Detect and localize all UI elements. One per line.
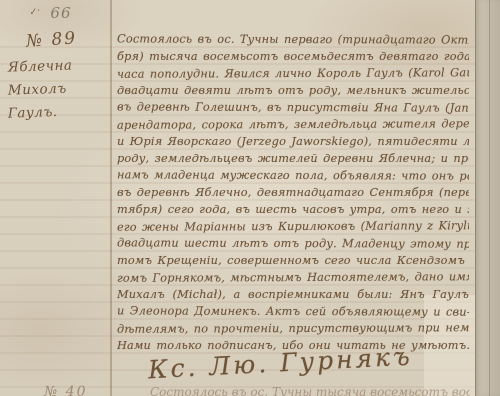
folio-header: ✓·66 bbox=[30, 4, 72, 22]
record-body: Состоялось въ ос. Тучны перваго (тринадц… bbox=[117, 31, 469, 354]
record-line: томъ Крещеніи, совершенномъ сего числа К… bbox=[117, 252, 469, 269]
record-line: въ деревнѣ Яблечно, девятнадцатаго Сентя… bbox=[117, 184, 469, 201]
folio-number: 66 bbox=[50, 4, 71, 22]
record-line: гомъ Горнякомъ, мѣстнымъ Настоятелемъ, д… bbox=[117, 268, 469, 287]
record-line: и Элеонора Доминекъ. Актъ сей объявляюще… bbox=[117, 302, 469, 320]
record-line: намъ младенца мужескаго пола, объявляя: … bbox=[117, 166, 469, 184]
record-line: Михалъ (Michał), а воспріемниками были: … bbox=[117, 286, 469, 303]
page-edge-strip bbox=[475, 0, 500, 396]
manuscript-page: ✓·66 № 89 ЯблечнаМихолъГаулъ. Состоялось… bbox=[0, 0, 500, 396]
record-line: дѣтелямъ, по прочтеніи, присутствующимъ … bbox=[117, 319, 469, 338]
next-record-text: Состоялось въ ос. Тучны тысяча восемьсот… bbox=[150, 385, 470, 396]
record-line: тября) сего года, въ шесть часовъ утра, … bbox=[117, 201, 469, 218]
margin-name-column: ЯблечнаМихолъГаулъ. bbox=[8, 58, 104, 127]
margin-name-line: Михолъ bbox=[8, 79, 105, 105]
record-line: Состоялось въ ос. Тучны перваго (тринадц… bbox=[117, 30, 469, 48]
record-line: роду, земледѣльцевъ жителей деревни Ябле… bbox=[117, 150, 469, 167]
margin-name-line: Гаулъ. bbox=[8, 102, 105, 128]
record-line: арендатора, сорока лѣтъ, земледѣльца жит… bbox=[117, 115, 469, 134]
record-line: часа пополудни. Явился лично Король Гаул… bbox=[117, 64, 469, 83]
record-line: бря) тысяча восемьсотъ восемьдесятъ девя… bbox=[117, 48, 469, 65]
margin-record-number: № 89 bbox=[25, 28, 77, 52]
record-line: двадцати шести лѣтъ отъ роду. Младенцу э… bbox=[117, 234, 469, 252]
record-line: его жены Маріанны изъ Кирилюковъ (Marian… bbox=[117, 217, 469, 236]
record-line: двадцати девяти лѣтъ отъ роду, мельникъ … bbox=[117, 82, 469, 99]
check-mark-icon: ✓· bbox=[28, 6, 42, 19]
next-record-number: № 40 bbox=[44, 384, 88, 396]
margin-rule-line bbox=[110, 0, 112, 396]
margin-name-line: Яблечна bbox=[8, 56, 105, 82]
record-line: въ деревнѣ Голешинъ, въ присутствіи Яна … bbox=[117, 98, 469, 116]
page-edge-line bbox=[489, 0, 490, 396]
record-line: и Юрія Яворскаго (Jerzego Jaworskiego), … bbox=[117, 133, 469, 150]
